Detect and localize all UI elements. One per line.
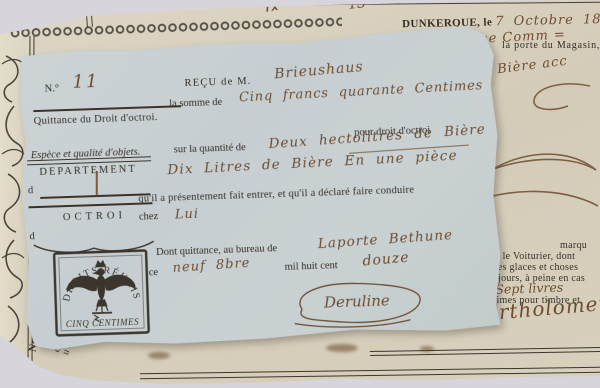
field-prefix: d [29, 231, 35, 242]
recu-label: REÇU de M. [184, 76, 251, 89]
ink-mark: 13 [347, 0, 366, 13]
numero-value: 11 [72, 71, 100, 93]
top-rule [88, 2, 600, 9]
ce-label: ce [149, 267, 159, 278]
chez-value: Lui [175, 207, 200, 223]
droits-reunis-stamp: DROITS RÉUNIS CI [52, 248, 151, 337]
printed-fragment: la porte du Magasin, q [502, 40, 600, 51]
left-double-rule [85, 1, 93, 27]
ink-mark: ℞ [262, 0, 279, 16]
signature-name: Deruline [323, 291, 391, 311]
receipt-paper: N.° 11 REÇU de M. Brieushaus la somme de… [15, 25, 509, 363]
pen-tick [96, 171, 98, 196]
text-fragment: marqu [560, 240, 587, 251]
dont-quittance-line: Dont quittance, au bureau de [156, 243, 277, 258]
numero-label: N.° [44, 83, 59, 94]
octroi-label: OCTROI [63, 210, 126, 223]
receipt-signature: Deruline [281, 275, 433, 332]
rule [29, 202, 153, 208]
field-prefix: d [28, 185, 34, 196]
entry-line: qu'il a présentement fait entrer, et qu'… [138, 185, 414, 205]
imperial-eagle-icon [66, 260, 136, 323]
bottom-rule [140, 367, 600, 379]
chez-label: chez [139, 211, 159, 223]
year-value: douze [362, 250, 410, 270]
document-photo: ℞ 13 DUNKERQUE, le 7 Octobre 1812 Digorg… [0, 0, 600, 388]
payer-name: Brieushaus [274, 59, 365, 83]
day-value: neuf 8bre [172, 256, 251, 276]
quantite-label: sur la quantité de [174, 142, 246, 155]
handwritten-date: 7 Octobre 1812 [495, 12, 600, 30]
receipt-document: N.° 11 REÇU de M. Brieushaus la somme de… [15, 25, 509, 363]
handwritten-note: Bière acc [496, 54, 568, 78]
quittance-caption: Quittance du Droit d'octroi. [34, 112, 158, 127]
mil-huit-cent-label: mil huit cent [284, 260, 337, 273]
bureau-value: Laporte Bethune [317, 227, 453, 252]
somme-label: la somme de [169, 97, 222, 110]
stamp-value-text: CINQ CENTIMES [66, 317, 140, 329]
rule [33, 105, 181, 111]
departement-label: DEPARTEMENT [39, 164, 137, 178]
